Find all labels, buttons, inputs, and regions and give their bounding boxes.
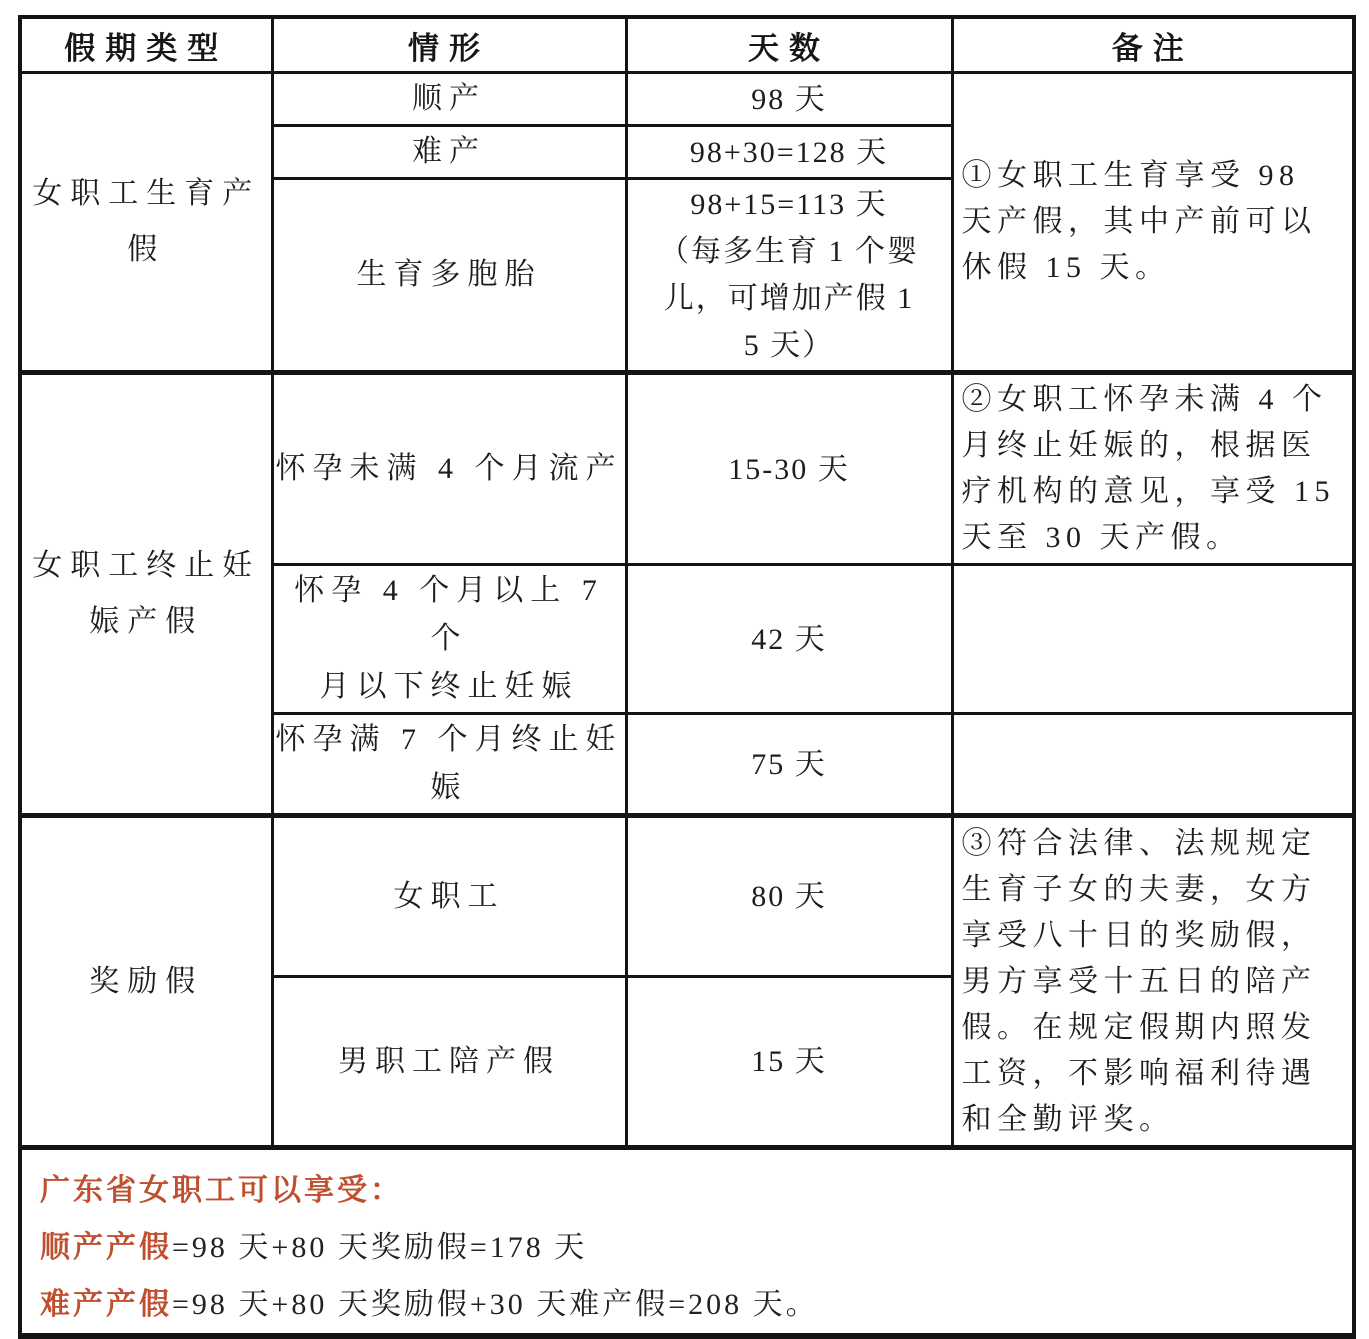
header-situation: 情形	[272, 17, 626, 73]
row-reward-leave-female: 奖励假 女职工 80 天 ③符合法律、法规规定 生育子女的夫妻，女方 享受八十日…	[20, 816, 1354, 977]
cell-remark-empty-1	[952, 565, 1354, 714]
cell-situation-termination-over-7-months: 怀孕满 7 个月终止妊 娠	[272, 714, 626, 816]
summary-title: 广东省女职工可以享受：	[40, 1174, 403, 1207]
cell-remark-1: ①女职工生育享受 98 天产假，其中产前可以 休假 15 天。	[952, 73, 1354, 373]
cell-situation-female-employee: 女职工	[272, 816, 626, 977]
cell-days-difficult-birth: 98+30=128 天	[626, 126, 952, 179]
cell-situation-natural-birth: 顺产	[272, 73, 626, 126]
summary-natural-birth-formula: =98 天+80 天奖励假=178 天	[172, 1231, 587, 1264]
cell-situation-paternity-leave: 男职工陪产假	[272, 977, 626, 1148]
cell-days-termination-4-to-7-months: 42 天	[626, 565, 952, 714]
summary-title-line: 广东省女职工可以享受：	[40, 1162, 1342, 1219]
header-row: 假期类型 情形 天数 备注	[20, 17, 1354, 73]
cell-type-termination-leave: 女职工终止妊 娠产假	[20, 373, 272, 816]
row-miscarriage-under-4-months: 女职工终止妊 娠产假 怀孕未满 4 个月流产 15-30 天 ②女职工怀孕未满 …	[20, 373, 1354, 565]
summary-natural-birth-line: 顺产产假=98 天+80 天奖励假=178 天	[40, 1219, 1342, 1276]
cell-days-natural-birth: 98 天	[626, 73, 952, 126]
summary-cell: 广东省女职工可以享受： 顺产产假=98 天+80 天奖励假=178 天 难产产假…	[20, 1148, 1354, 1337]
cell-type-reward-leave: 奖励假	[20, 816, 272, 1148]
cell-days-miscarriage-under-4-months: 15-30 天	[626, 373, 952, 565]
cell-remark-3: ③符合法律、法规规定 生育子女的夫妻，女方 享受八十日的奖励假， 男方享受十五日…	[952, 816, 1354, 1148]
cell-situation-termination-4-to-7-months: 怀孕 4 个月以上 7 个 月以下终止妊娠	[272, 565, 626, 714]
cell-days-female-employee: 80 天	[626, 816, 952, 977]
cell-days-paternity-leave: 15 天	[626, 977, 952, 1148]
header-days: 天数	[626, 17, 952, 73]
cell-days-termination-over-7-months: 75 天	[626, 714, 952, 816]
cell-remark-empty-2	[952, 714, 1354, 816]
row-natural-birth: 女职工生育产 假 顺产 98 天 ①女职工生育享受 98 天产假，其中产前可以 …	[20, 73, 1354, 126]
header-remarks: 备注	[952, 17, 1354, 73]
cell-situation-miscarriage-under-4-months: 怀孕未满 4 个月流产	[272, 373, 626, 565]
summary-natural-birth-label: 顺产产假	[40, 1231, 172, 1264]
header-leave-type: 假期类型	[20, 17, 272, 73]
summary-difficult-birth-formula: =98 天+80 天奖励假+30 天难产假=208 天。	[172, 1288, 819, 1321]
summary-difficult-birth-line: 难产产假=98 天+80 天奖励假+30 天难产假=208 天。	[40, 1276, 1342, 1333]
cell-days-multiple-birth: 98+15=113 天 （每多生育 1 个婴 儿，可增加产假 1 5 天）	[626, 179, 952, 373]
row-summary: 广东省女职工可以享受： 顺产产假=98 天+80 天奖励假=178 天 难产产假…	[20, 1148, 1354, 1337]
cell-situation-multiple-birth: 生育多胞胎	[272, 179, 626, 373]
cell-situation-difficult-birth: 难产	[272, 126, 626, 179]
cell-type-maternity-leave: 女职工生育产 假	[20, 73, 272, 373]
summary-difficult-birth-label: 难产产假	[40, 1288, 172, 1321]
leave-policy-table: 假期类型 情形 天数 备注 女职工生育产 假 顺产 98 天 ①女职工生育享受 …	[18, 15, 1356, 1339]
cell-remark-2: ②女职工怀孕未满 4 个 月终止妊娠的，根据医 疗机构的意见，享受 15 天至 …	[952, 373, 1354, 565]
